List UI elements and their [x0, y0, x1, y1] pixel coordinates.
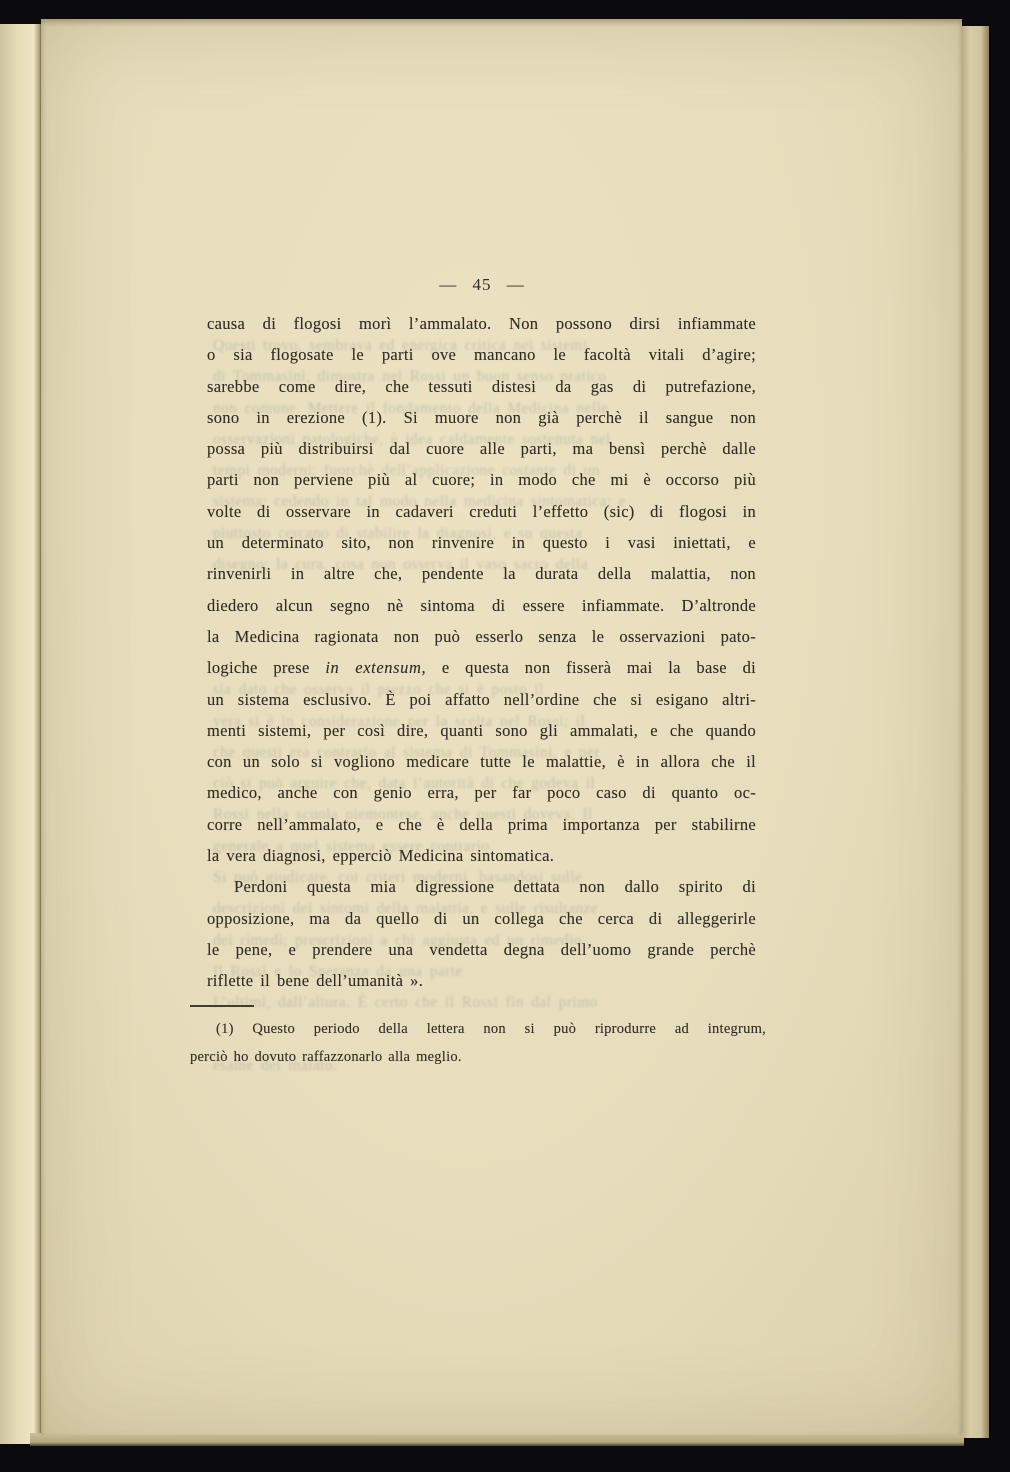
text-line: un sistema esclusivo. È poi affatto nell… — [207, 684, 756, 715]
text-line: menti sistemi, per così dire, quanti son… — [207, 715, 756, 746]
text-line: Perdoni questa mia digressione dettata n… — [207, 871, 756, 902]
text-line: logiche prese in extensum, e questa non … — [207, 652, 756, 683]
text-line: le pene, e prendere una vendetta degna d… — [207, 934, 756, 965]
footnote: (1) Questo periodo della lettera non si … — [190, 1005, 766, 1071]
text-line: sarebbe come dire, che tessuti distesi d… — [207, 371, 756, 402]
text-line: causa di flogosi morì l’ammalato. Non po… — [207, 308, 756, 339]
text-line: corre nell’ammalato, e che è della prima… — [207, 809, 756, 840]
text-line: riflette il bene dell’umanità ». — [207, 965, 756, 996]
text-line: sono in erezione (1). Si muore non già p… — [207, 402, 756, 433]
page-stack-edge — [962, 26, 989, 1438]
book-page: Questi trovo, sembrava ed energica criti… — [41, 19, 962, 1435]
footnote-line: (1) Questo periodo della lettera non si … — [190, 1016, 766, 1044]
footnote-line: perciò ho dovuto raffazzonarlo alla megl… — [190, 1044, 766, 1072]
text-line: parti non perviene più al cuore; in modo… — [207, 464, 756, 495]
scanned-book-photo: Questi trovo, sembrava ed energica criti… — [0, 0, 1010, 1472]
text-line: diedero alcun segno nè sintoma di essere… — [207, 590, 756, 621]
text-line: o sia flogosate le parti ove mancano le … — [207, 339, 756, 370]
page-number: — 45 — — [208, 275, 756, 295]
previous-page-edge — [0, 24, 41, 1444]
text-line: con un solo si vogliono medicare tutte l… — [207, 746, 756, 777]
body-text: causa di flogosi morì l’ammalato. Non po… — [207, 308, 756, 997]
footnote-text: (1) Questo periodo della lettera non si … — [190, 1016, 766, 1071]
text-line: un determinato sito, non rinvenire in qu… — [207, 527, 756, 558]
text-line: opposizione, ma da quello di un collega … — [207, 903, 756, 934]
italic-phrase: in extensum, — [325, 658, 426, 677]
text-line: volte di osservare in cadaveri creduti l… — [207, 496, 756, 527]
text-line: la vera diagnosi, epperciò Medicina sint… — [207, 840, 756, 871]
text-line: possa più distribuirsi dal cuore alle pa… — [207, 433, 756, 464]
text-line: medico, anche con genio erra, per far po… — [207, 777, 756, 808]
text-line: la Medicina ragionata non può esserlo se… — [207, 621, 756, 652]
text-line: rinvenirli in altre che, pendente la dur… — [207, 558, 756, 589]
footnote-separator — [190, 1005, 254, 1007]
